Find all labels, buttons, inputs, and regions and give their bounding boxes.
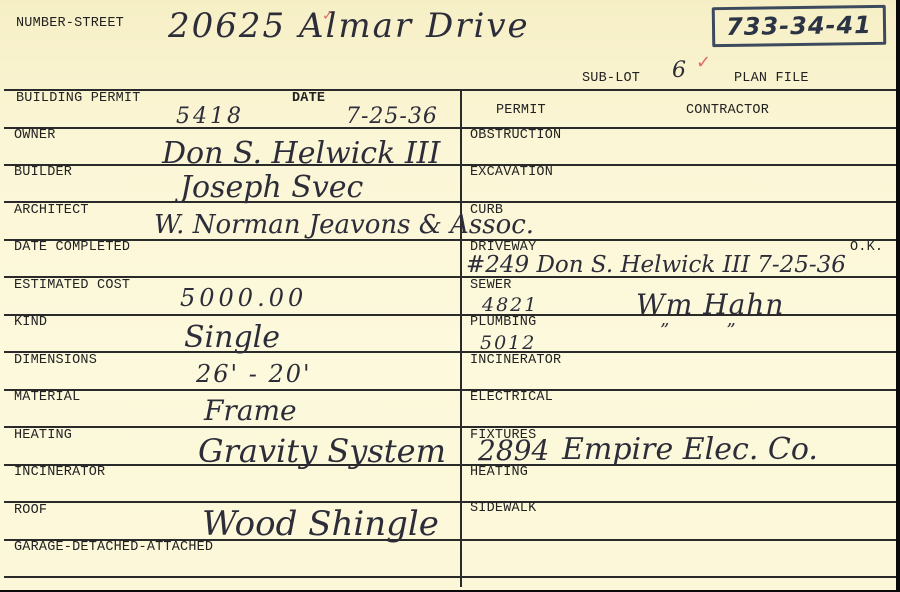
plumbing-label: PLUMBING <box>470 315 536 330</box>
excavation-label: EXCAVATION <box>470 165 553 180</box>
row-divider <box>4 426 896 428</box>
kind-value: Single <box>184 320 280 355</box>
heating-label: HEATING <box>14 428 72 443</box>
contractor-header: CONTRACTOR <box>686 103 769 118</box>
date-label: DATE <box>292 91 325 106</box>
dimensions-label: DIMENSIONS <box>14 353 97 368</box>
sewer-permit: 4821 <box>482 294 538 316</box>
sub-lot-label: SUB-LOT <box>582 71 640 86</box>
permit-header: PERMIT <box>496 103 546 118</box>
dimensions-value: 26' - 20' <box>196 360 312 388</box>
permit-card: NUMBER-STREET 20625 Almar Drive ✓ 733-34… <box>0 0 896 590</box>
plan-file-label: PLAN FILE <box>734 71 809 86</box>
column-divider <box>460 89 462 587</box>
row-divider <box>4 389 896 391</box>
number-street-value: 20625 Almar Drive <box>168 6 530 46</box>
curb-label: CURB <box>470 203 503 218</box>
architect-label: ARCHITECT <box>14 203 89 218</box>
row-divider <box>4 164 896 166</box>
kind-label: KIND <box>14 315 47 330</box>
sewer-label: SEWER <box>470 278 512 293</box>
garage-label: GARAGE-DETACHED-ATTACHED <box>14 540 213 555</box>
driveway-value: #249 Don S. Helwick III 7-25-36 <box>466 252 846 278</box>
heating-value: Gravity System <box>198 432 446 470</box>
check-mark-icon: ✓ <box>322 8 334 24</box>
estimated-cost-label: ESTIMATED COST <box>14 278 130 293</box>
plumbing-permit: 5012 <box>480 332 536 354</box>
estimated-cost-value: 5000.00 <box>180 284 307 312</box>
row-divider <box>4 501 896 503</box>
sub-lot-value: 6 <box>672 58 686 83</box>
electrical-label: ELECTRICAL <box>470 390 553 405</box>
fixtures-contractor: Empire Elec. Co. <box>562 432 818 467</box>
building-permit-value: 5418 <box>176 104 244 129</box>
builder-label: BUILDER <box>14 165 72 180</box>
plumbing-contractor: ” ” <box>660 320 736 341</box>
owner-label: OWNER <box>14 128 56 143</box>
row-divider <box>4 351 896 353</box>
heating-permit-label: HEATING <box>470 465 528 480</box>
number-street-label: NUMBER-STREET <box>16 16 124 31</box>
date-value: 7-25-36 <box>346 104 438 129</box>
row-divider <box>4 201 896 203</box>
material-label: MATERIAL <box>14 390 80 405</box>
obstruction-label: OBSTRUCTION <box>470 128 561 143</box>
owner-value: Don S. Helwick III <box>162 136 440 171</box>
builder-value: Joseph Svec <box>180 170 363 205</box>
row-divider <box>4 576 896 578</box>
sewer-contractor: Wm Hahn <box>636 288 784 321</box>
roof-value: Wood Shingle <box>202 504 439 544</box>
material-value: Frame <box>204 394 297 427</box>
roof-label: ROOF <box>14 503 47 518</box>
fixtures-permit: 2894 <box>478 434 549 467</box>
building-permit-label: BUILDING PERMIT <box>16 91 141 106</box>
row-divider <box>4 127 896 129</box>
date-completed-label: DATE COMPLETED <box>14 240 130 255</box>
incinerator-permit-label: INCINERATOR <box>470 353 561 368</box>
ok-label: O.K. <box>850 240 883 255</box>
incinerator-label: INCINERATOR <box>14 465 105 480</box>
file-number-stamp: 733-34-41 <box>712 5 887 47</box>
check-mark-icon: ✓ <box>696 52 711 73</box>
sidewalk-label: SIDEWALK <box>470 501 536 516</box>
